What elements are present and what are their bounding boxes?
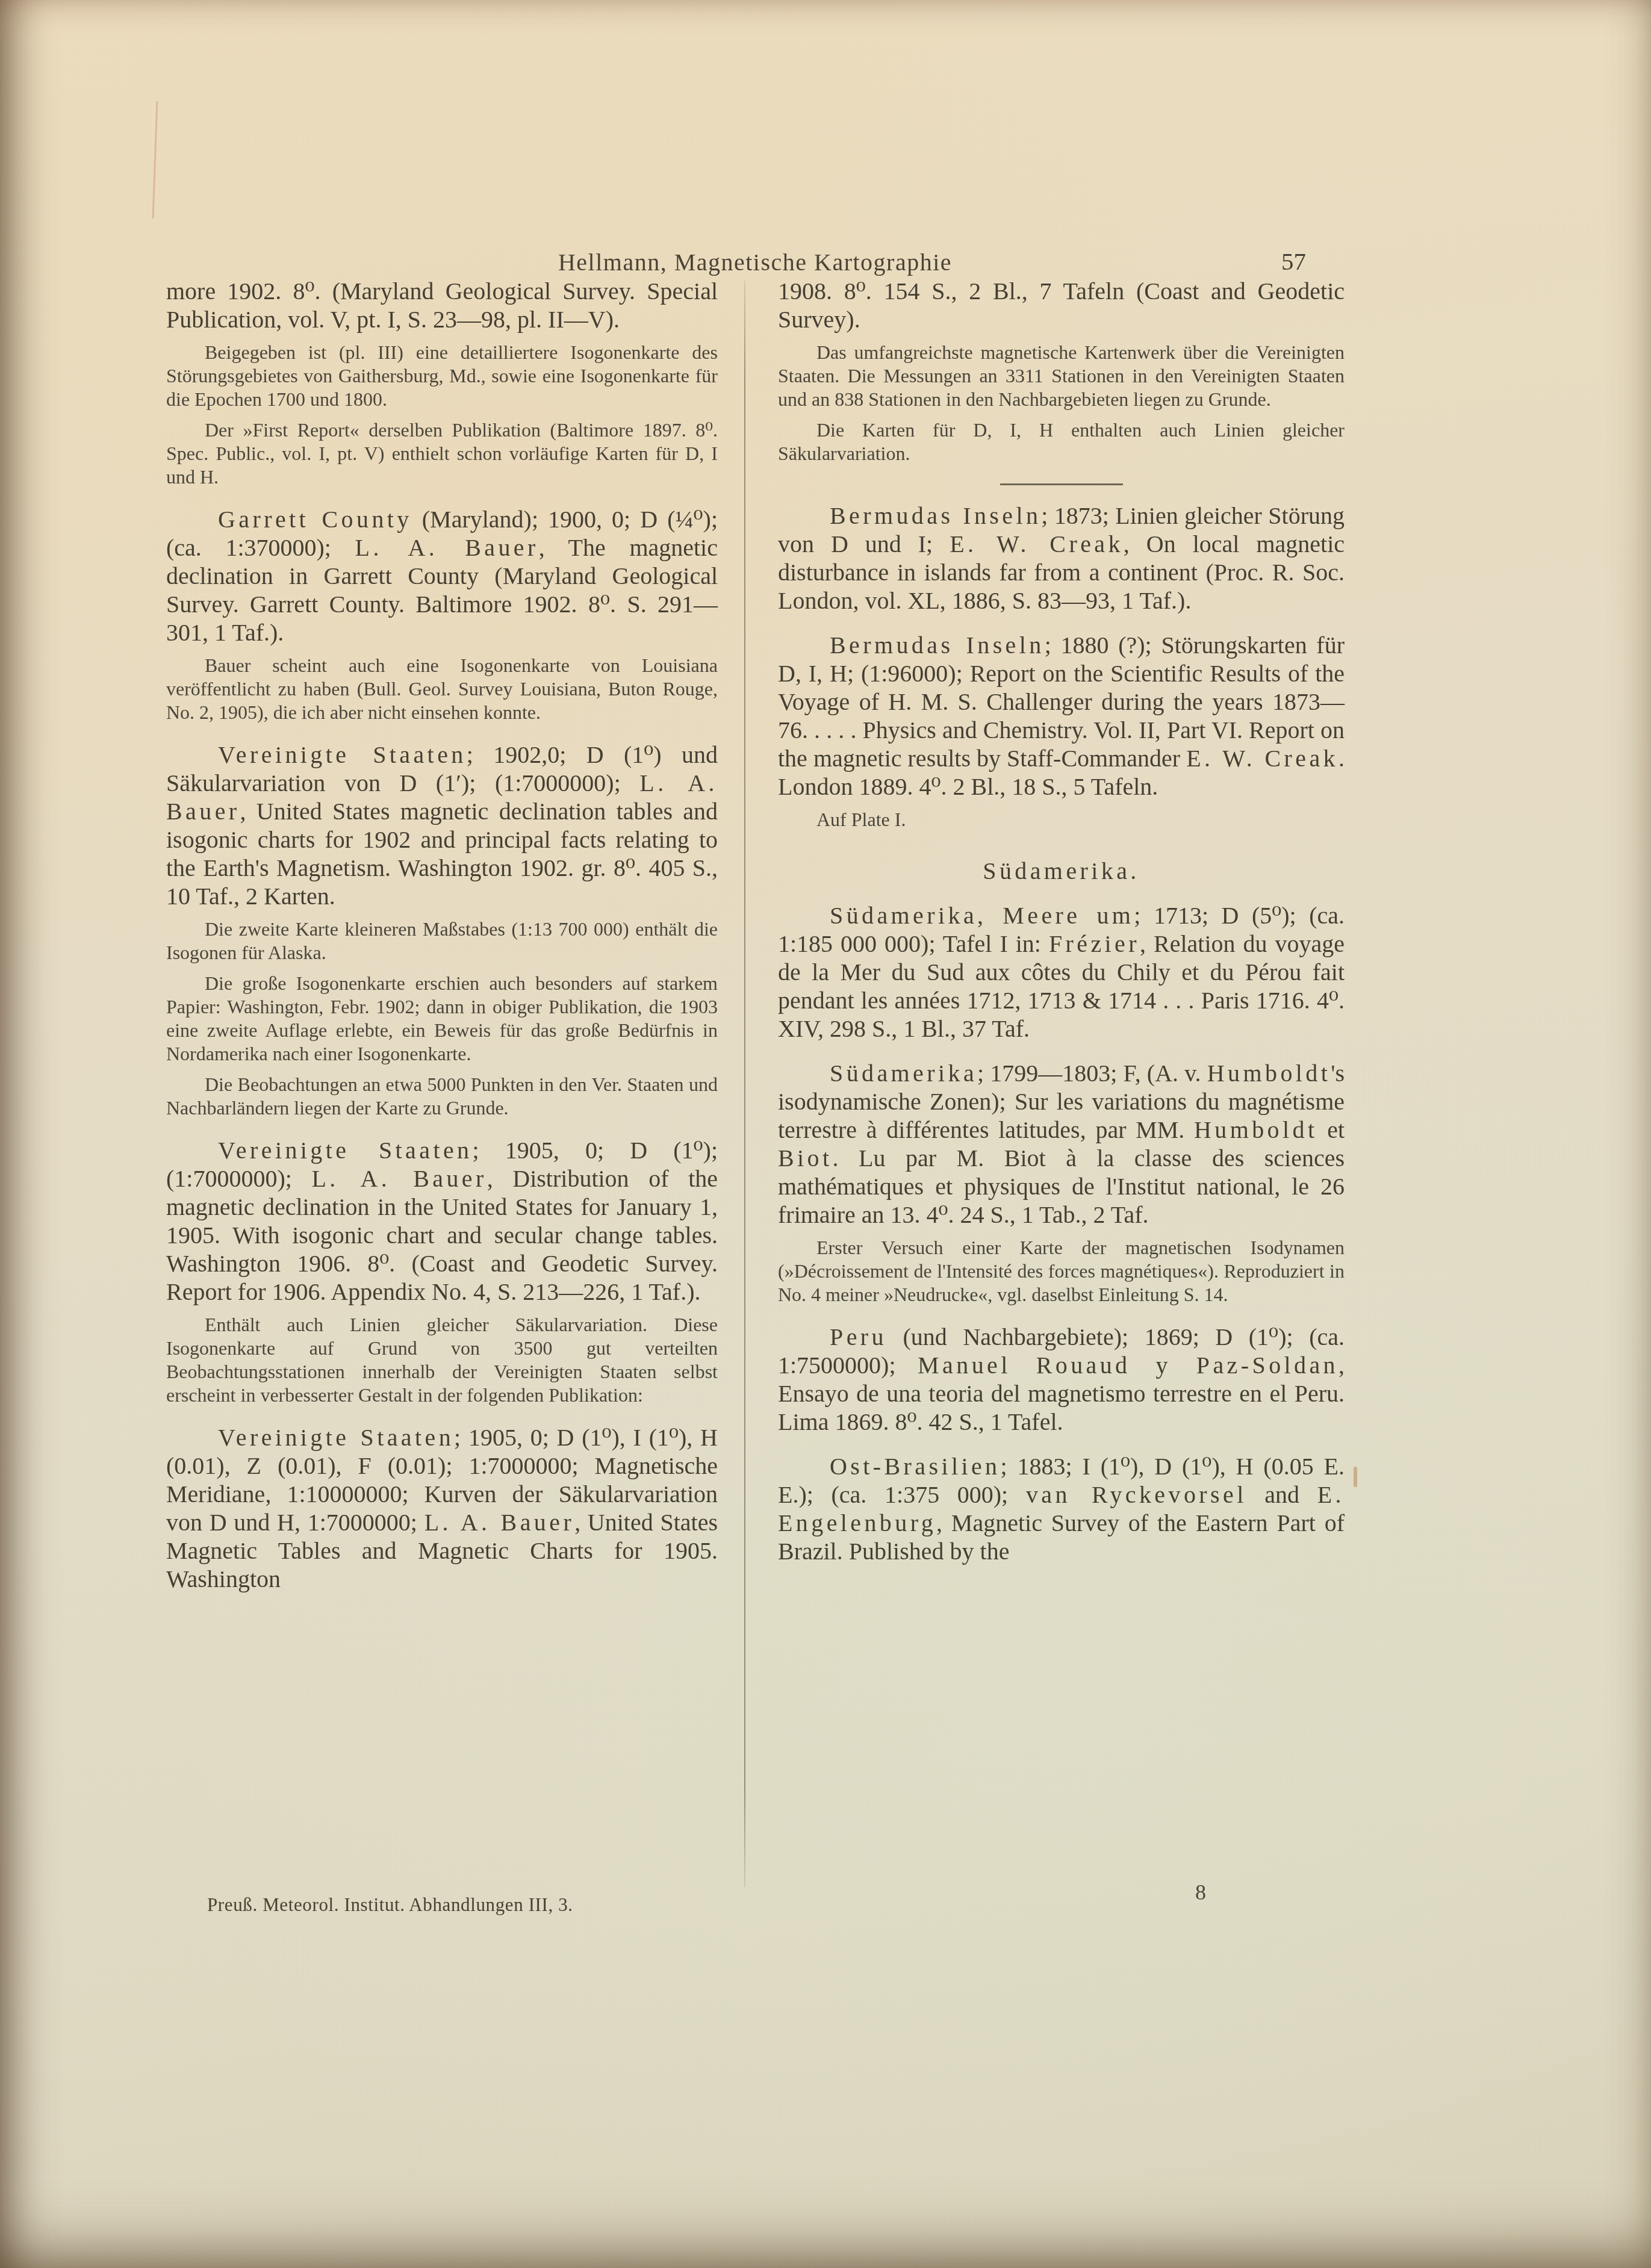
spaced-term: Vereinigte Staaten [218,1424,454,1451]
bibliography-entry: Südamerika, Meere um; 1713; D (5⁰); (ca.… [778,901,1345,1043]
scanned-book-page: Hellmann, Magnetische Kartographie 57 mo… [0,0,1651,2268]
annotation-note: Die Beobachtungen an etwa 5000 Punkten i… [166,1073,718,1120]
text-run: Die Karten für D, I, H enthalten auch Li… [778,419,1345,464]
text-run: . Lu par M. Biot à la classe des science… [778,1145,1345,1228]
signature-mark: 8 [1195,1880,1206,1905]
text-run: ; 1799—1803; F, (A. v. [977,1060,1207,1087]
bibliography-entry: Garrett County (Maryland); 1900, 0; D (¼… [166,505,718,647]
right-column: 1908. 8⁰. 154 S., 2 Bl., 7 Tafeln (Coast… [778,277,1345,1565]
text-run: and [1247,1481,1317,1508]
bibliography-entry: Vereinigte Staaten; 1902,0; D (1⁰) und S… [166,741,718,910]
annotation-note: Das umfangreichste magnetische Kartenwer… [778,341,1345,411]
annotation-note: Auf Plate I. [778,808,1345,831]
spaced-term: L. A. Bauer [355,534,539,561]
bibliography-entry: more 1902. 8⁰. (Maryland Geological Surv… [166,277,718,334]
column-divider-rule [744,281,745,1887]
scan-artifact-smudge [1354,1467,1357,1487]
page-number: 57 [1281,247,1306,276]
spaced-term: Frézier [1049,930,1140,957]
bibliography-entry: Peru (und Nachbargebiete); 1869; D (1⁰);… [778,1323,1345,1436]
spaced-term: Südamerika [830,1060,977,1087]
spaced-term: Humboldt [1207,1060,1331,1087]
annotation-note: Beigegeben ist (pl. III) eine detaillier… [166,341,718,411]
text-run: Der »First Report« derselben Publikation… [166,419,718,488]
bibliography-entry: Ost-Brasilien; 1883; I (1⁰), D (1⁰), H (… [778,1452,1345,1565]
annotation-note: Der »First Report« derselben Publikation… [166,418,718,489]
spaced-term: Ost-Brasilien [830,1453,1001,1480]
bibliography-entry: Südamerika; 1799—1803; F, (A. v. Humbold… [778,1059,1345,1229]
bibliography-entry: 1908. 8⁰. 154 S., 2 Bl., 7 Tafeln (Coast… [778,277,1345,334]
spaced-term: Manuel Rouaud y Paz-Soldan [918,1352,1339,1379]
spaced-term: Südamerika, Meere um [830,902,1134,929]
spaced-term: Peru [830,1323,887,1350]
spaced-term: Humboldt [1194,1116,1317,1143]
imprint-note: Preuß. Meteorol. Institut. Abhandlungen … [207,1894,573,1916]
text-run: Auf Plate I. [816,809,906,830]
annotation-note: Erster Versuch einer Karte der magnetisc… [778,1236,1345,1306]
text-run: et [1317,1116,1345,1143]
section-heading: Südamerika. [778,857,1345,885]
text-run: Erster Versuch einer Karte der magnetisc… [778,1237,1345,1305]
text-run: Enthält auch Linien gleicher Säkularvari… [166,1314,718,1406]
spaced-term: Vereinigte Staaten [218,1137,472,1164]
text-run: , United States magnetic declination tab… [166,798,718,910]
text-run: Die große Isogonenkarte erschien auch be… [166,972,718,1064]
spaced-term: E. W. Creak [1186,745,1339,772]
bibliography-entry: Vereinigte Staaten; 1905, 0; D (1⁰), I (… [166,1423,718,1593]
annotation-note: Die große Isogonenkarte erschien auch be… [166,972,718,1066]
spaced-term: Vereinigte Staaten [218,741,467,768]
spaced-term: Südamerika. [983,857,1139,884]
annotation-note: Bauer scheint auch eine Isogonenkarte vo… [166,654,718,724]
spaced-term: van Ryckevorsel [1026,1481,1247,1508]
running-header: Hellmann, Magnetische Kartographie [166,248,1344,276]
spaced-term: Bermudas Inseln [830,632,1045,659]
spaced-term: Biot [778,1145,833,1172]
text-run: Beigegeben ist (pl. III) eine detaillier… [166,341,718,410]
text-run: Bauer scheint auch eine Isogonenkarte vo… [166,654,718,723]
bibliography-entry: Vereinigte Staaten; 1905, 0; D (1⁰); (1:… [166,1136,718,1306]
bibliography-entry: Bermudas Inseln; 1873; Linien gleicher S… [778,502,1345,615]
annotation-note: Die Karten für D, I, H enthalten auch Li… [778,418,1345,465]
section-divider-rule [1000,483,1123,485]
text-run: Das umfangreichste magnetische Kartenwer… [778,341,1345,410]
spaced-term: Garrett County [218,506,412,533]
bibliography-entry: Bermudas Inseln; 1880 (?); Störungskarte… [778,631,1345,801]
text-run: more 1902. 8⁰. (Maryland Geological Surv… [166,278,718,333]
text-run: 1908. 8⁰. 154 S., 2 Bl., 7 Tafeln (Coast… [778,278,1345,333]
spaced-term: Bermudas Inseln [830,502,1041,529]
annotation-note: Die zweite Karte kleineren Maßstabes (1:… [166,918,718,965]
text-run: Die zweite Karte kleineren Maßstabes (1:… [166,918,718,963]
annotation-note: Enthält auch Linien gleicher Säkularvari… [166,1313,718,1407]
spaced-term: E. W. Creak [950,530,1124,558]
spaced-term: L. A. Bauer [311,1165,487,1192]
text-run: Die Beobachtungen an etwa 5000 Punkten i… [166,1073,718,1119]
left-column: more 1902. 8⁰. (Maryland Geological Surv… [166,277,718,1593]
spaced-term: L. A. Bauer [424,1509,574,1536]
scan-artifact-red-mark [152,101,158,219]
